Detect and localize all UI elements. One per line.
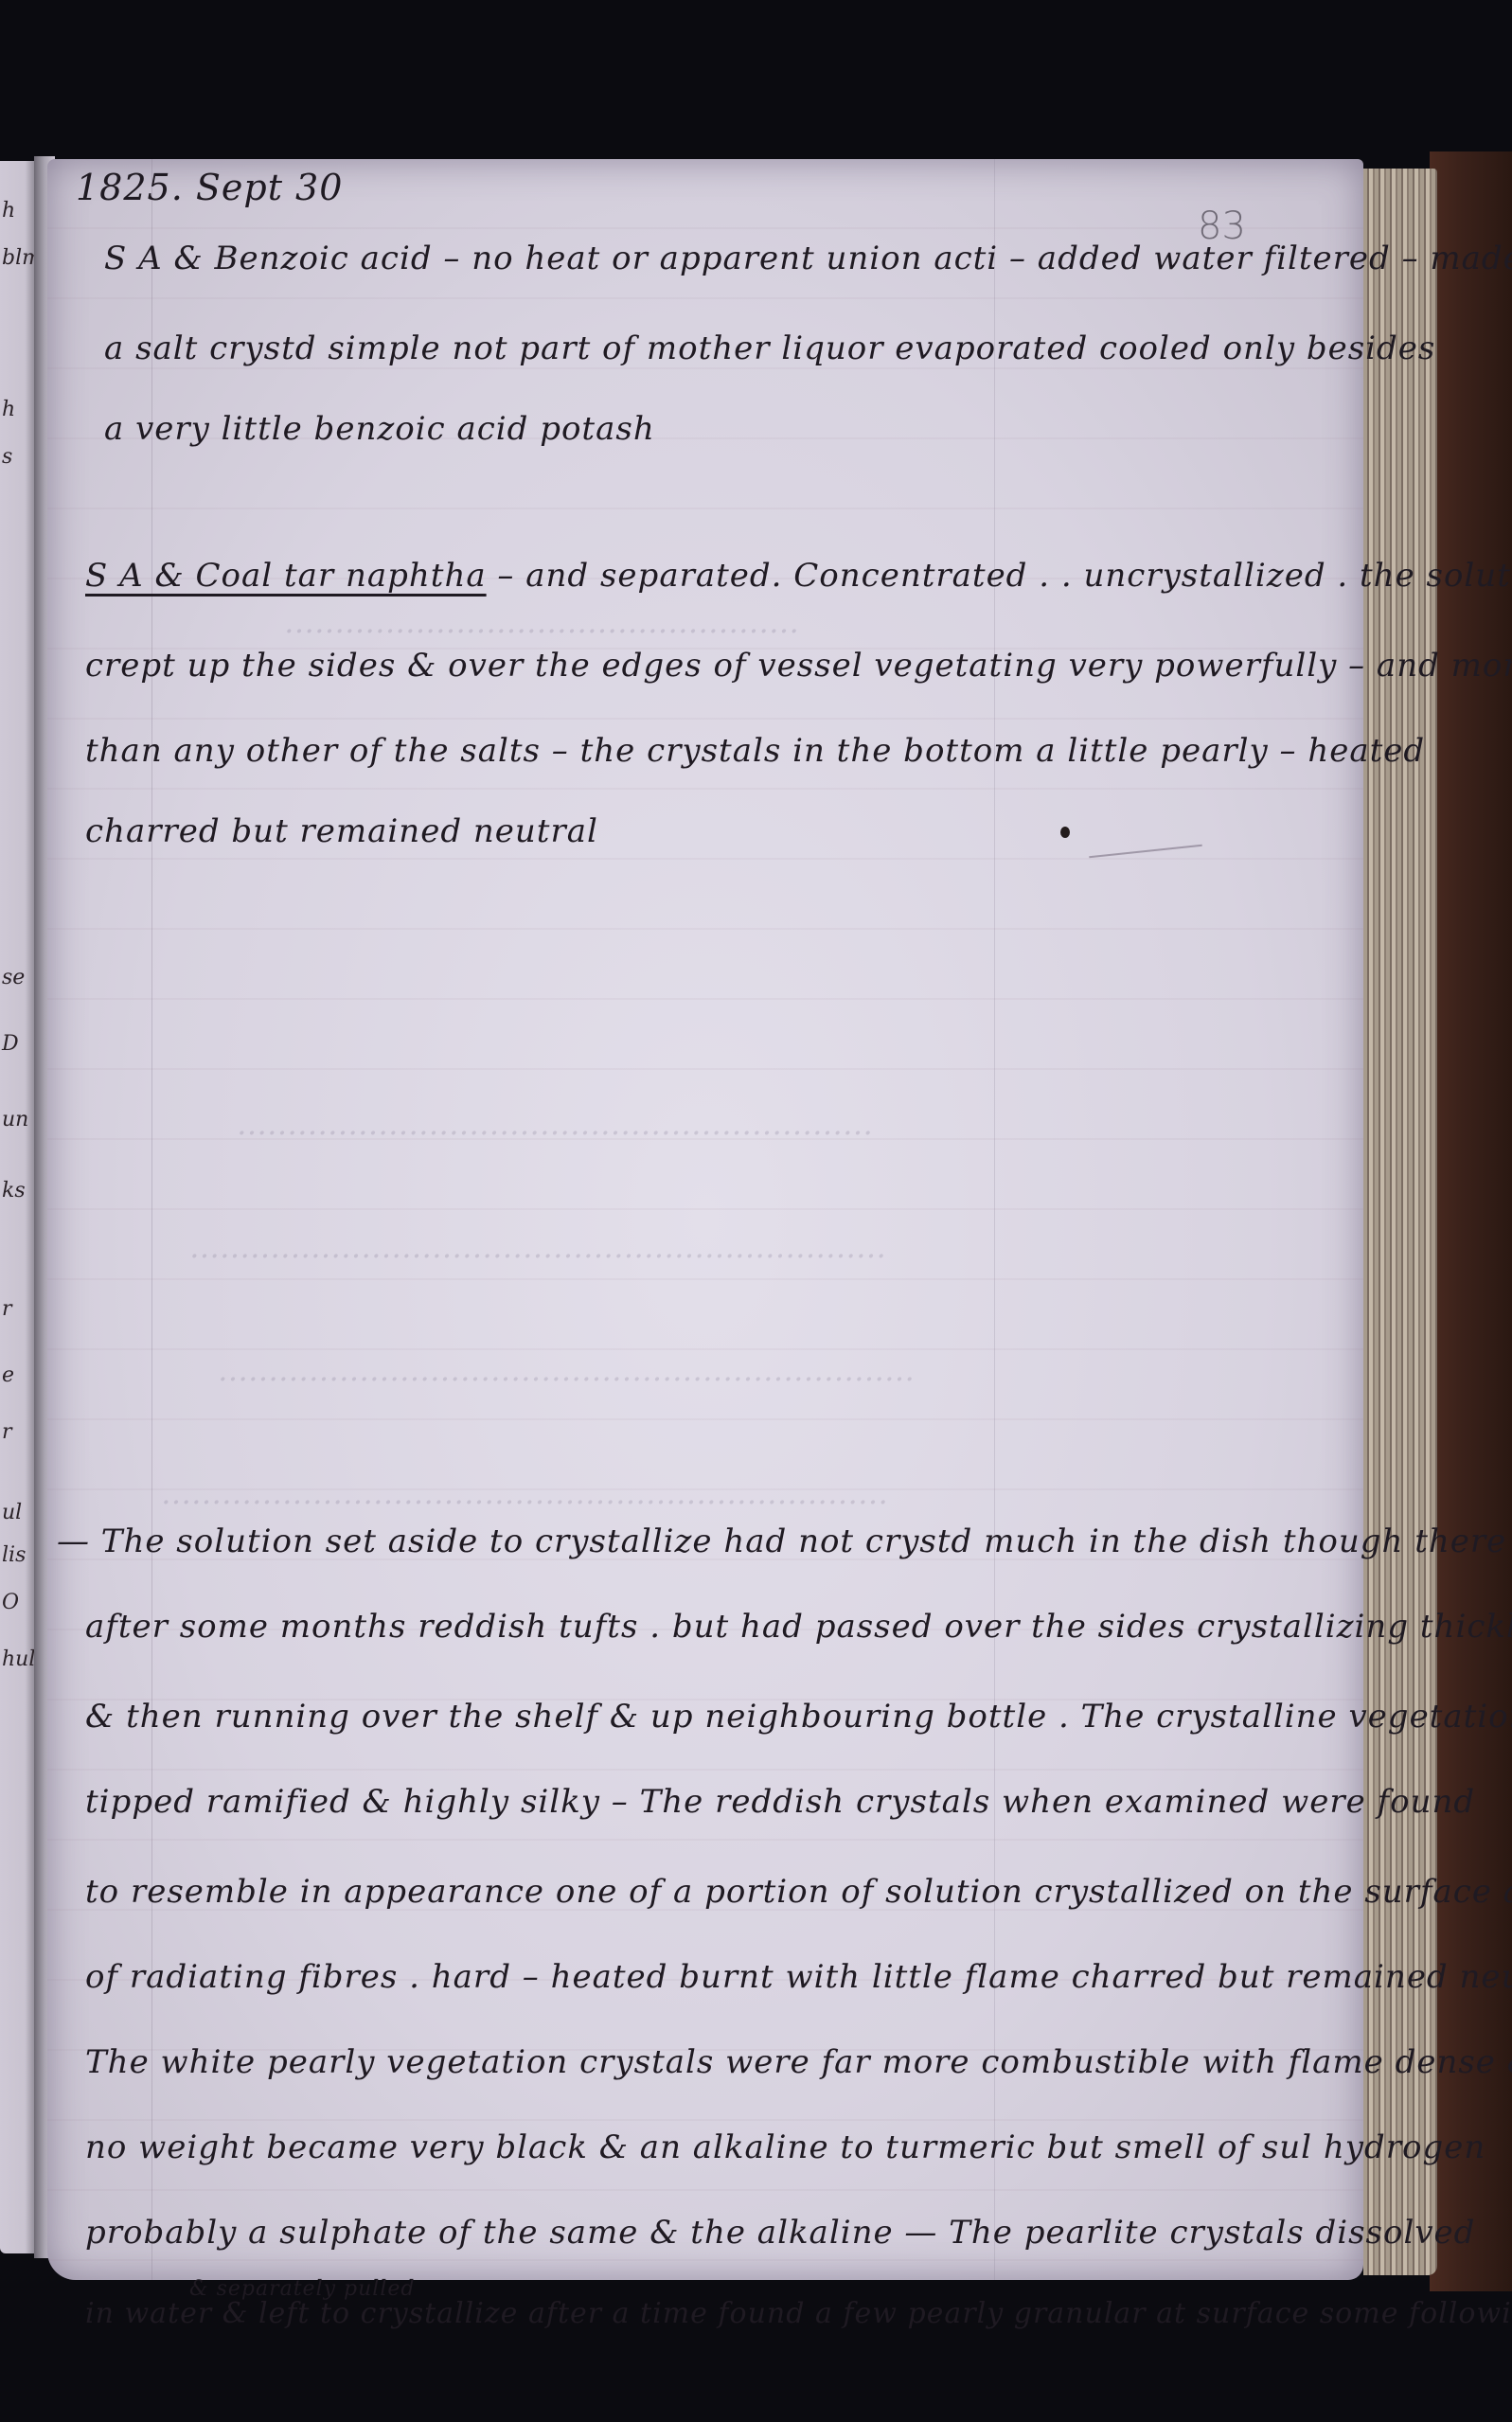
- margin-fragment: ul: [2, 1501, 22, 1524]
- bleed-through-text: ………………………………………………………………: [161, 1475, 888, 1511]
- margin-fragment: r: [2, 1297, 12, 1321]
- margin-fragment: h: [2, 199, 15, 223]
- margin-fragment: O: [2, 1591, 19, 1614]
- text-line: charred but remained neutral: [85, 812, 598, 850]
- section-heading: S A & Coal tar naphtha: [85, 557, 487, 595]
- paragraph-heading-line: S A & Coal tar naphtha – and separated. …: [85, 557, 1512, 595]
- pencil-mark: [1089, 845, 1202, 859]
- margin-fragment: un: [2, 1108, 28, 1131]
- margin-fragment: e: [2, 1363, 14, 1387]
- notebook-scan: h blm h s se D un ks r e r ul lis O hul …: [0, 0, 1512, 2422]
- text-line: no weight became very black & an alkalin…: [85, 2128, 1485, 2166]
- margin-fragment: D: [2, 1032, 19, 1056]
- ink-blot: [1060, 827, 1070, 838]
- text-line: a very little benzoic acid potash: [104, 410, 655, 448]
- entry-date: 1825. Sept 30: [76, 167, 343, 208]
- text-line: crept up the sides & over the edges of v…: [85, 647, 1512, 685]
- text-line: S A & Benzoic acid – no heat or apparent…: [104, 240, 1512, 277]
- margin-fragment: r: [2, 1420, 12, 1444]
- text-line: of radiating fibres . hard – heated burn…: [85, 1958, 1512, 1996]
- bleed-through-text: ……………………………………………: [284, 604, 799, 640]
- bleed-through-text: ………………………………………………………: [237, 1106, 873, 1142]
- text-line: to resemble in appearance one of a porti…: [85, 1873, 1512, 1911]
- text-line: in water & left to crystallize after a t…: [85, 2297, 1512, 2330]
- margin-fragment: se: [2, 966, 25, 989]
- previous-page-edge: h blm h s se D un ks r e r ul lis O hul: [0, 161, 36, 2253]
- bleed-through-text: ……………………………………………………………: [218, 1352, 915, 1388]
- text-line: The white pearly vegetation crystals wer…: [85, 2043, 1512, 2081]
- text-line: — The solution set aside to crystallize …: [57, 1523, 1506, 1560]
- bleed-through-text: ……………………………………………………………: [189, 1229, 886, 1265]
- text-line: & then running over the shelf & up neigh…: [85, 1698, 1512, 1736]
- text-line: than any other of the salts – the crysta…: [85, 732, 1425, 770]
- text-line: – and separated. Concentrated . . uncrys…: [487, 557, 1512, 595]
- text-line: after some months reddish tufts . but ha…: [85, 1608, 1512, 1646]
- margin-fragment: h: [2, 398, 15, 421]
- margin-fragment: ks: [2, 1179, 26, 1202]
- text-line: a salt crystd simple not part of mother …: [104, 329, 1435, 367]
- margin-fragment: hul: [2, 1647, 35, 1671]
- margin-fragment: lis: [2, 1543, 26, 1567]
- text-line: probably a sulphate of the same & the al…: [85, 2214, 1475, 2252]
- text-line: tipped ramified & highly silky – The red…: [85, 1783, 1475, 1821]
- margin-fragment: s: [2, 445, 12, 469]
- notebook-page: …………………………………………… ……………………………………………………… …: [47, 159, 1363, 2280]
